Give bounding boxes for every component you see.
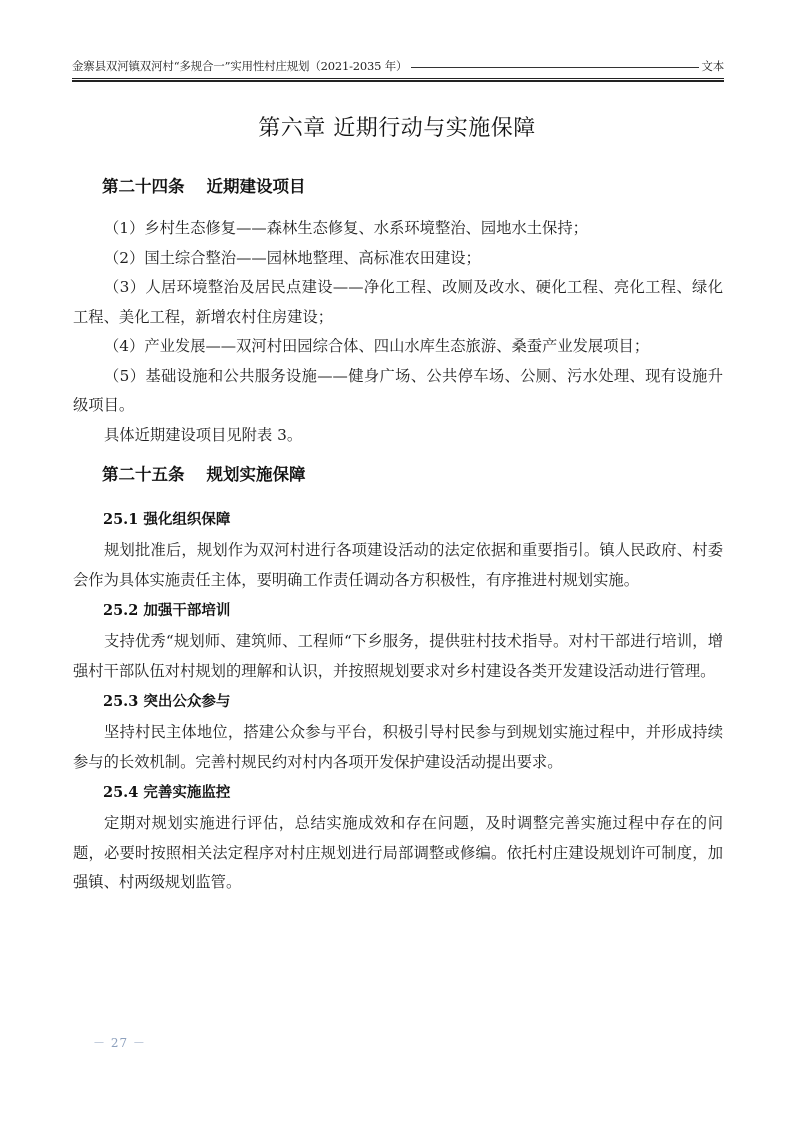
article-title: 规划实施保障 — [207, 465, 306, 484]
chapter-title: 第六章 近期行动与实施保障 — [0, 113, 794, 145]
section-25-1-text: 规划批准后，规划作为双河村进行各项建设活动的法定依据和重要指引。镇人民政府、村委… — [73, 536, 723, 595]
project-item-2: （2）国土综合整治——园林地整理、高标准农田建设； — [73, 244, 723, 274]
section-25-3-heading: 25.3 突出公众参与 — [103, 686, 723, 718]
header-rule — [72, 78, 724, 82]
page-number: － 27 － — [93, 1034, 146, 1051]
section-25-2-heading: 25.2 加强干部培训 — [103, 595, 723, 627]
project-item-5: （5）基础设施和公共服务设施——健身广场、公共停车场、公厕、污水处理、现有设施升… — [73, 362, 723, 421]
project-item-4: （4）产业发展——双河村田园综合体、四山水库生态旅游、桑蚕产业发展项目； — [73, 332, 723, 362]
header-document-title: 金寨县双河镇双河村“多规合一”实用性村庄规划（2021-2035 年） — [72, 56, 407, 76]
project-item-1: （1）乡村生态修复——森林生态修复、水系环境整治、园地水土保持； — [73, 214, 723, 244]
section-25-4-heading: 25.4 完善实施监控 — [103, 777, 723, 809]
article-title: 近期建设项目 — [207, 177, 306, 196]
header-section-label: 文本 — [701, 56, 724, 76]
section-25-2-text: 支持优秀“规划师、建筑师、工程师“下乡服务，提供驻村技术指导。对村干部进行培训，… — [73, 627, 723, 686]
project-item-3: （3）人居环境整治及居民点建设——净化工程、改厕及改水、硬化工程、亮化工程、绿化… — [73, 273, 723, 332]
article-25-heading: 第二十五条规划实施保障 — [102, 458, 723, 492]
section-25-1-heading: 25.1 强化组织保障 — [103, 504, 723, 536]
section-25-4-text: 定期对规划实施进行评估，总结实施成效和存在问题，及时调整完善实施过程中存在的问题… — [73, 809, 723, 898]
section-25-3-text: 坚持村民主体地位，搭建公众参与平台，积极引导村民参与到规划实施过程中，并形成持续… — [73, 718, 723, 777]
appendix-reference: 具体近期建设项目见附表 3。 — [73, 421, 723, 451]
article-24-heading: 第二十四条近期建设项目 — [102, 170, 723, 204]
running-header: 金寨县双河镇双河村“多规合一”实用性村庄规划（2021-2035 年） 文本 — [72, 56, 724, 76]
article-number: 第二十五条 — [102, 465, 185, 484]
article-number: 第二十四条 — [102, 177, 185, 196]
header-leader-line — [407, 56, 701, 76]
page-body: 第二十四条近期建设项目 （1）乡村生态修复——森林生态修复、水系环境整治、园地水… — [73, 170, 723, 898]
